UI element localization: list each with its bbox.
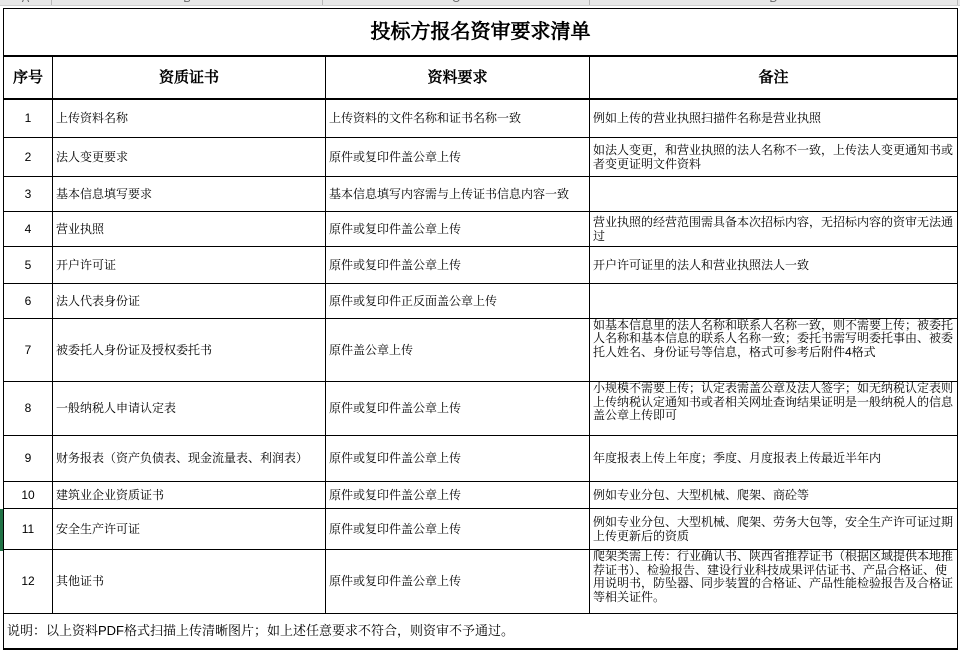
header-cell-note[interactable]: 备注 <box>590 56 958 99</box>
cell-cert[interactable]: 基本信息填写要求 <box>53 176 326 211</box>
sheet-title: 投标方报名资审要求清单 <box>4 9 958 57</box>
cell-cert[interactable]: 被委托人身份证及授权委托书 <box>53 318 326 381</box>
cell-note[interactable]: 例如专业分包、大型机械、爬架、商砼等 <box>590 481 958 508</box>
cell-note[interactable]: 例如上传的营业执照扫描件名称是营业执照 <box>590 99 958 137</box>
cell-no[interactable]: 12 <box>4 549 53 613</box>
cell-cert[interactable]: 其他证书 <box>53 549 326 613</box>
table-row: 3 基本信息填写要求 基本信息填写内容需与上传证书信息内容一致 <box>4 176 958 211</box>
table-row: 5 开户许可证 原件或复印件盖公章上传 开户许可证里的法人和营业执照法人一致 <box>4 246 958 283</box>
spreadsheet-view: A B C D 投标方报名资审要求清单 序号 资质证书 资料要求 备注 1 上传… <box>0 0 960 659</box>
cell-req[interactable]: 原件或复印件盖公章上传 <box>326 137 590 176</box>
cell-no[interactable]: 5 <box>4 246 53 283</box>
footer-note[interactable]: 说明：以上资料PDF格式扫描上传清晰图片；如上述任意要求不符合，则资审不予通过。 <box>4 613 958 649</box>
table-row: 2 法人变更要求 原件或复印件盖公章上传 如法人变更，和营业执照的法人名称不一致… <box>4 137 958 176</box>
cell-note[interactable]: 如法人变更，和营业执照的法人名称不一致，上传法人变更通知书或者变更证明文件资料 <box>590 137 958 176</box>
cell-no[interactable]: 11 <box>4 508 53 549</box>
table-row: 8 一般纳税人申请认定表 原件或复印件盖公章上传 小规模不需要上传；认定表需盖公… <box>4 381 958 435</box>
cell-cert[interactable]: 法人变更要求 <box>53 137 326 176</box>
cell-note[interactable]: 开户许可证里的法人和营业执照法人一致 <box>590 246 958 283</box>
cell-note[interactable] <box>590 283 958 318</box>
table-row: 1 上传资料名称 上传资料的文件名称和证书名称一致 例如上传的营业执照扫描件名称… <box>4 99 958 137</box>
table-row: 12 其他证书 原件或复印件盖公章上传 爬架类需上传：行业确认书、陕西省推荐证书… <box>4 549 958 613</box>
cell-cert[interactable]: 建筑业企业资质证书 <box>53 481 326 508</box>
cell-cert[interactable]: 安全生产许可证 <box>53 508 326 549</box>
cell-cert[interactable]: 法人代表身份证 <box>53 283 326 318</box>
cell-no[interactable]: 4 <box>4 211 53 246</box>
table-row: 11 安全生产许可证 原件或复印件盖公章上传 例如专业分包、大型机械、爬架、劳务… <box>4 508 958 549</box>
column-header-strip: A B C D <box>0 0 960 6</box>
cell-cert[interactable]: 一般纳税人申请认定表 <box>53 381 326 435</box>
cell-req[interactable]: 原件或复印件盖公章上传 <box>326 508 590 549</box>
cell-req[interactable]: 原件或复印件盖公章上传 <box>326 435 590 481</box>
cell-req[interactable]: 原件或复印件盖公章上传 <box>326 246 590 283</box>
cell-note[interactable]: 小规模不需要上传；认定表需盖公章及法人签字；如无纳税认定表则上传纳税认定通知书或… <box>590 381 958 435</box>
cell-note[interactable]: 如基本信息里的法人名称和联系人名称一致，则不需要上传；被委托人名称和基本信息的联… <box>590 318 958 381</box>
cell-no[interactable]: 6 <box>4 283 53 318</box>
cell-req[interactable]: 原件或复印件正反面盖公章上传 <box>326 283 590 318</box>
cell-note[interactable] <box>590 176 958 211</box>
cell-note[interactable]: 年度报表上传上年度；季度、月度报表上传最近半年内 <box>590 435 958 481</box>
column-header-c[interactable]: C <box>323 0 590 6</box>
cell-no[interactable]: 7 <box>4 318 53 381</box>
cell-cert[interactable]: 营业执照 <box>53 211 326 246</box>
requirements-table: 投标方报名资审要求清单 序号 资质证书 资料要求 备注 1 上传资料名称 上传资… <box>3 8 958 650</box>
header-cell-req[interactable]: 资料要求 <box>326 56 590 99</box>
cell-req[interactable]: 原件或复印件盖公章上传 <box>326 481 590 508</box>
cell-note[interactable]: 营业执照的经营范围需具备本次招标内容，无招标内容的资审无法通过 <box>590 211 958 246</box>
cell-req[interactable]: 原件或复印件盖公章上传 <box>326 549 590 613</box>
cell-cert[interactable]: 开户许可证 <box>53 246 326 283</box>
table-row: 6 法人代表身份证 原件或复印件正反面盖公章上传 <box>4 283 958 318</box>
table-row: 4 营业执照 原件或复印件盖公章上传 营业执照的经营范围需具备本次招标内容，无招… <box>4 211 958 246</box>
column-header-d[interactable]: D <box>590 0 958 6</box>
cell-req[interactable]: 基本信息填写内容需与上传证书信息内容一致 <box>326 176 590 211</box>
cell-no[interactable]: 2 <box>4 137 53 176</box>
cell-req[interactable]: 原件或复印件盖公章上传 <box>326 381 590 435</box>
table-row: 10 建筑业企业资质证书 原件或复印件盖公章上传 例如专业分包、大型机械、爬架、… <box>4 481 958 508</box>
footer-note-row: 说明：以上资料PDF格式扫描上传清晰图片；如上述任意要求不符合，则资审不予通过。 <box>4 613 958 649</box>
cell-note[interactable]: 爬架类需上传：行业确认书、陕西省推荐证书（根据区域提供本地推荐证书）、检验报告、… <box>590 549 958 613</box>
column-header-a[interactable]: A <box>0 0 52 6</box>
cell-note[interactable]: 例如专业分包、大型机械、爬架、劳务大包等，安全生产许可证过期上传更新后的资质 <box>590 508 958 549</box>
header-cell-no[interactable]: 序号 <box>4 56 53 99</box>
table-row: 7 被委托人身份证及授权委托书 原件盖公章上传 如基本信息里的法人名称和联系人名… <box>4 318 958 381</box>
cell-no[interactable]: 8 <box>4 381 53 435</box>
cell-cert[interactable]: 上传资料名称 <box>53 99 326 137</box>
cell-cert[interactable]: 财务报表（资产负债表、现金流量表、利润表） <box>53 435 326 481</box>
cell-no[interactable]: 10 <box>4 481 53 508</box>
column-header-b[interactable]: B <box>52 0 323 6</box>
header-cell-cert[interactable]: 资质证书 <box>53 56 326 99</box>
cell-no[interactable]: 3 <box>4 176 53 211</box>
cell-req[interactable]: 上传资料的文件名称和证书名称一致 <box>326 99 590 137</box>
table-row: 9 财务报表（资产负债表、现金流量表、利润表） 原件或复印件盖公章上传 年度报表… <box>4 435 958 481</box>
cell-no[interactable]: 9 <box>4 435 53 481</box>
cell-no[interactable]: 1 <box>4 99 53 137</box>
cell-req[interactable]: 原件盖公章上传 <box>326 318 590 381</box>
cell-req[interactable]: 原件或复印件盖公章上传 <box>326 211 590 246</box>
